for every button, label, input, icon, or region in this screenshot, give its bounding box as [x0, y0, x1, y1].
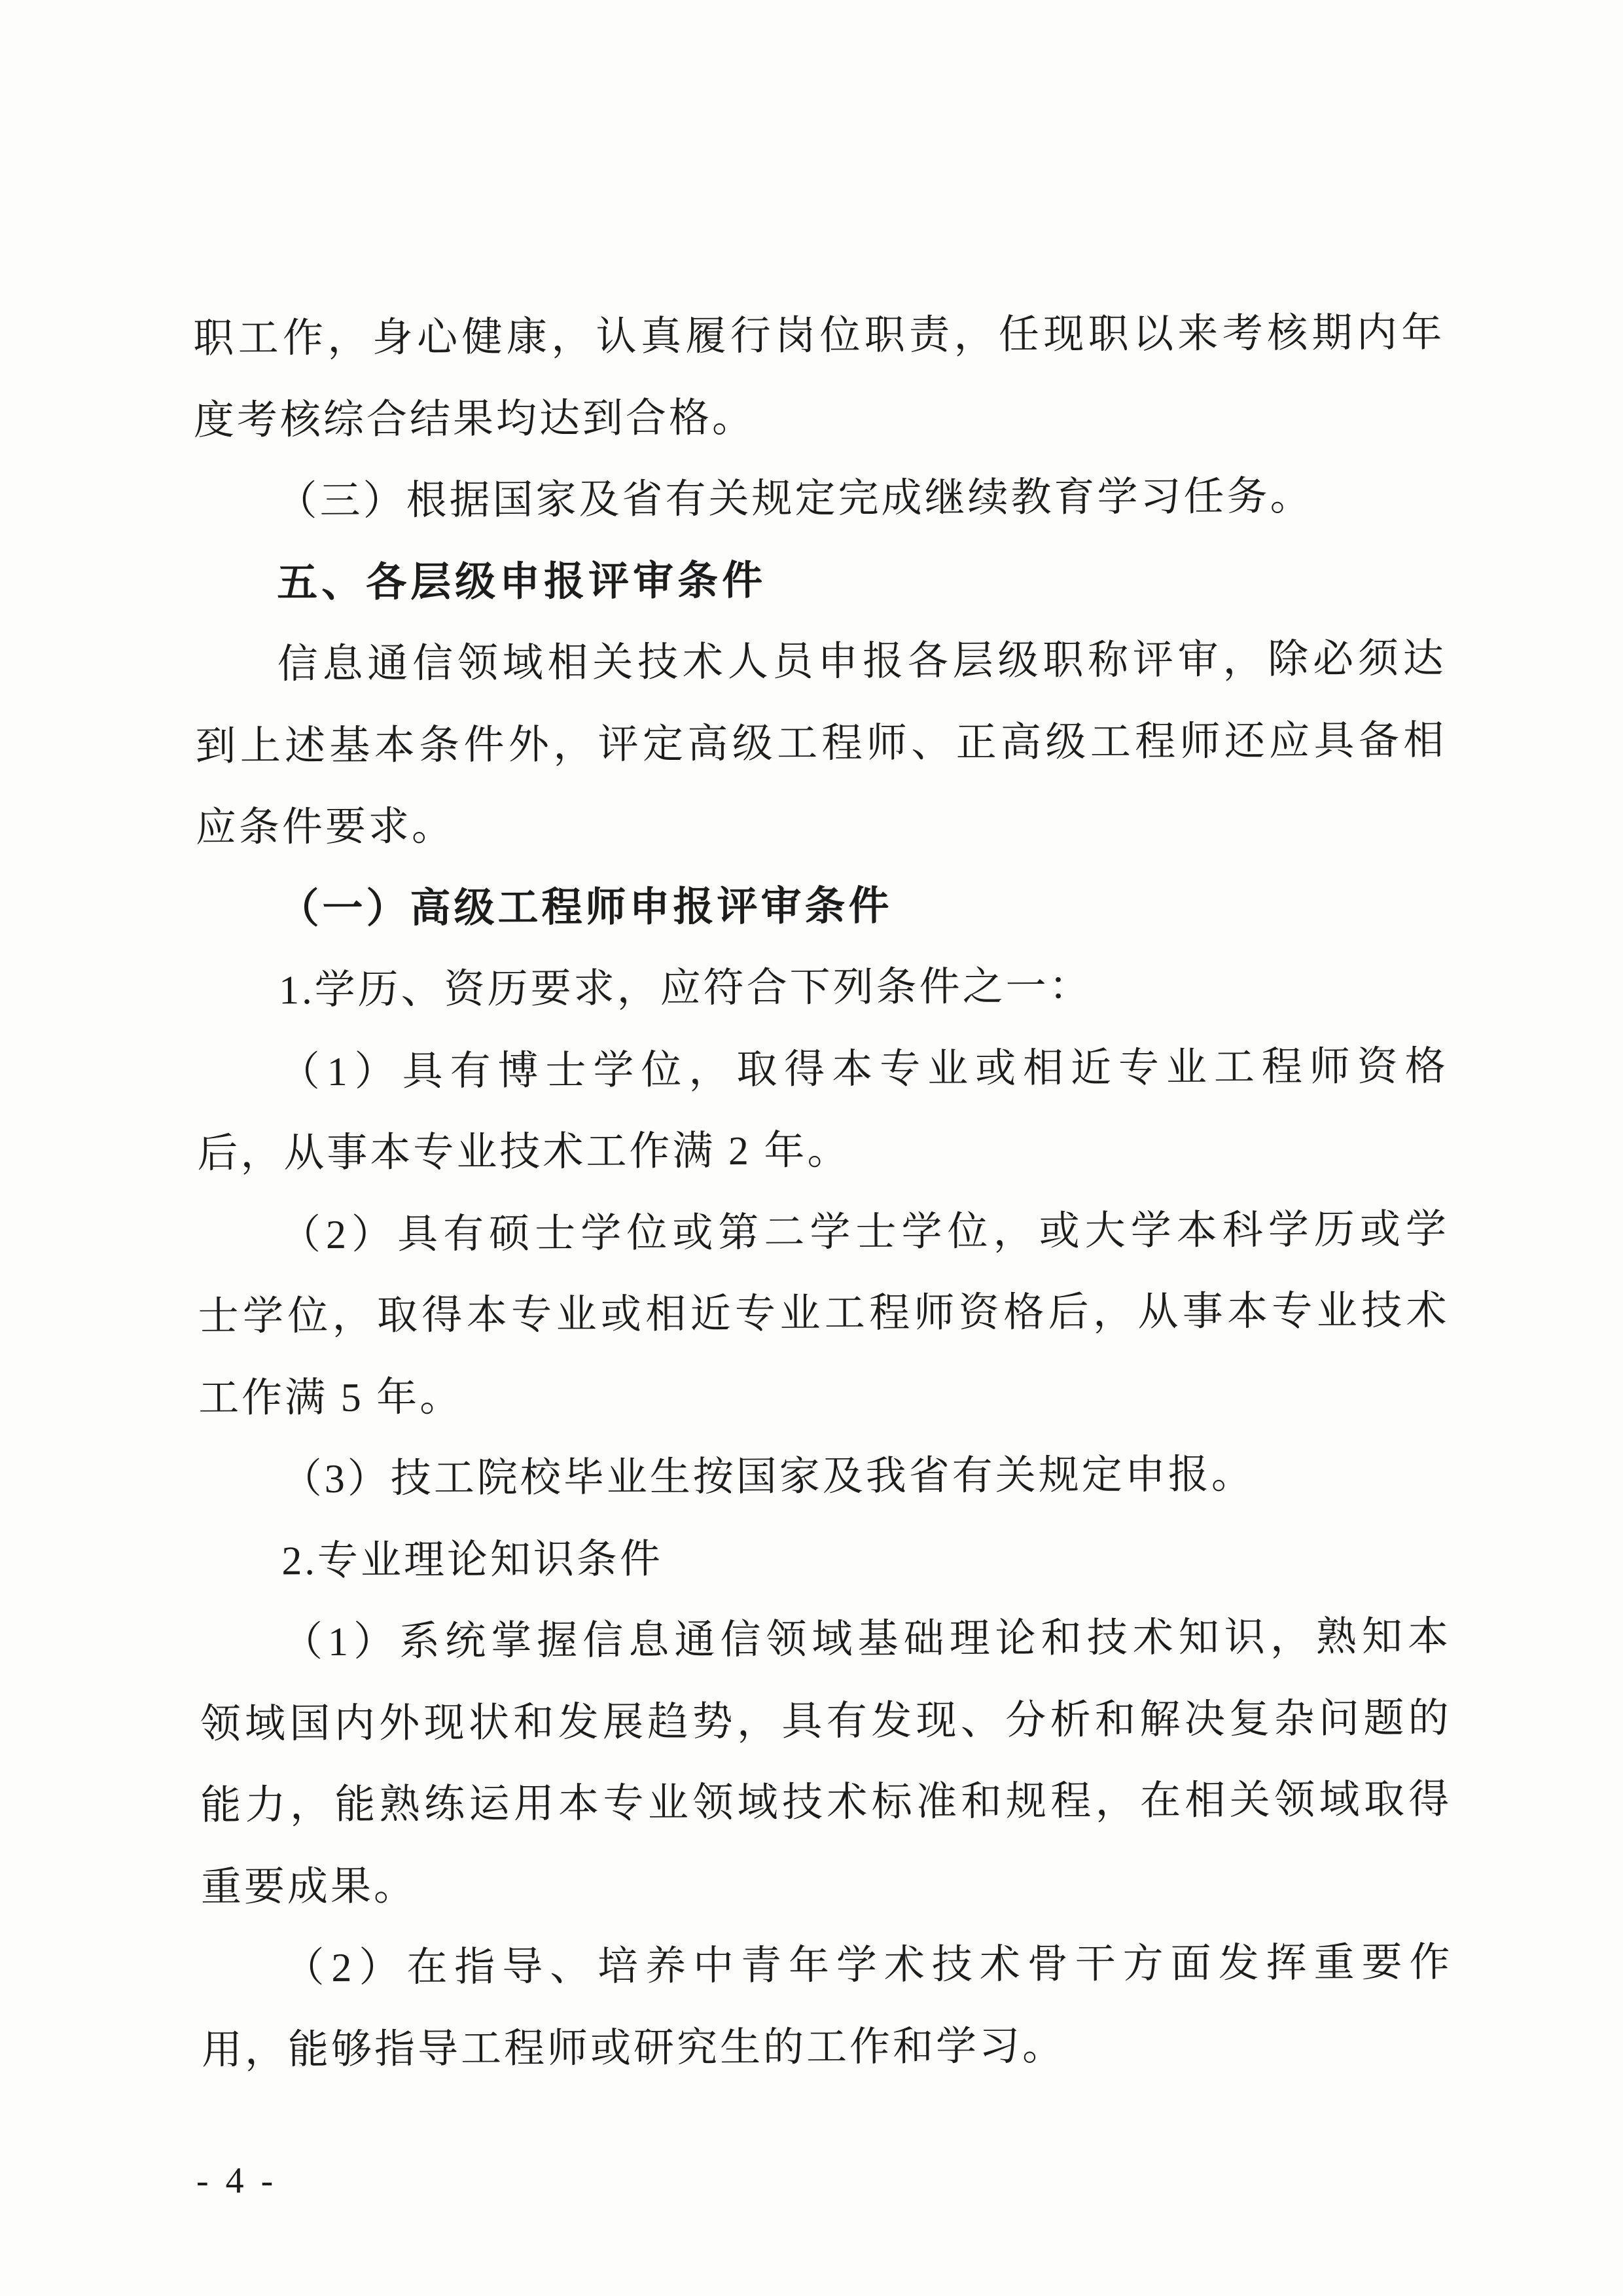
text-line: 领域国内外现状和发展趋势，具有发现、分析和解决复杂问题的 — [200, 1677, 1452, 1765]
text-line: （3）技工院校毕业生按国家及我省有关规定申报。 — [199, 1433, 1451, 1521]
text-line: （2）在指导、培养中青年学术技术骨干方面发挥重要作 — [201, 1922, 1453, 2010]
text-line: 度考核综合结果均达到合格。 — [194, 374, 1446, 461]
text-line: （2）具有硕士学位或第二学士学位，或大学本科学历或学 — [198, 1189, 1450, 1276]
section-heading: 五、各层级申报评审条件 — [194, 537, 1446, 624]
text-line: 到上述基本条件外，评定高级工程师、正高级工程师还应具备相 — [195, 700, 1447, 787]
document-body: 职工作，身心健康，认真履行岗位职责，任现职以来考核期内年 度考核综合结果均达到合… — [193, 293, 1453, 2091]
text-line: 信息通信领域相关技术人员申报各层级职称评审，除必须达 — [194, 619, 1446, 706]
document-page: 职工作，身心健康，认真履行岗位职责，任现职以来考核期内年 度考核综合结果均达到合… — [0, 0, 1623, 2296]
text-line: 用，能够指导工程师或研究生的工作和学习。 — [202, 2003, 1454, 2091]
subsection-heading: （一）高级工程师申报评审条件 — [196, 863, 1448, 950]
text-line: 2.专业理论知识条件 — [199, 1515, 1451, 1602]
text-line: （1）系统掌握信息通信领域基础理论和技术知识，熟知本 — [200, 1596, 1452, 1684]
text-line: （三）根据国家及省有关规定完成继续教育学习任务。 — [194, 456, 1446, 543]
text-line: 后，从事本专业技术工作满 2 年。 — [197, 1107, 1449, 1195]
text-line: （1）具有博士学位，取得本专业或相近专业工程师资格 — [196, 1026, 1448, 1113]
text-line: 士学位，取得本专业或相近专业工程师资格后，从事本专业技术 — [198, 1270, 1450, 1358]
text-line: 重要成果。 — [201, 1840, 1453, 1928]
text-line: 能力，能熟练运用本专业领域技术标准和规程，在相关领域取得 — [200, 1759, 1452, 1847]
text-line: 1.学历、资历要求，应符合下列条件之一： — [196, 944, 1448, 1032]
text-line: 应条件要求。 — [196, 781, 1448, 869]
page-number: - 4 - — [196, 2161, 277, 2200]
text-line: 职工作，身心健康，认真履行岗位职责，任现职以来考核期内年 — [193, 293, 1445, 380]
text-line: 工作满 5 年。 — [198, 1352, 1450, 1439]
